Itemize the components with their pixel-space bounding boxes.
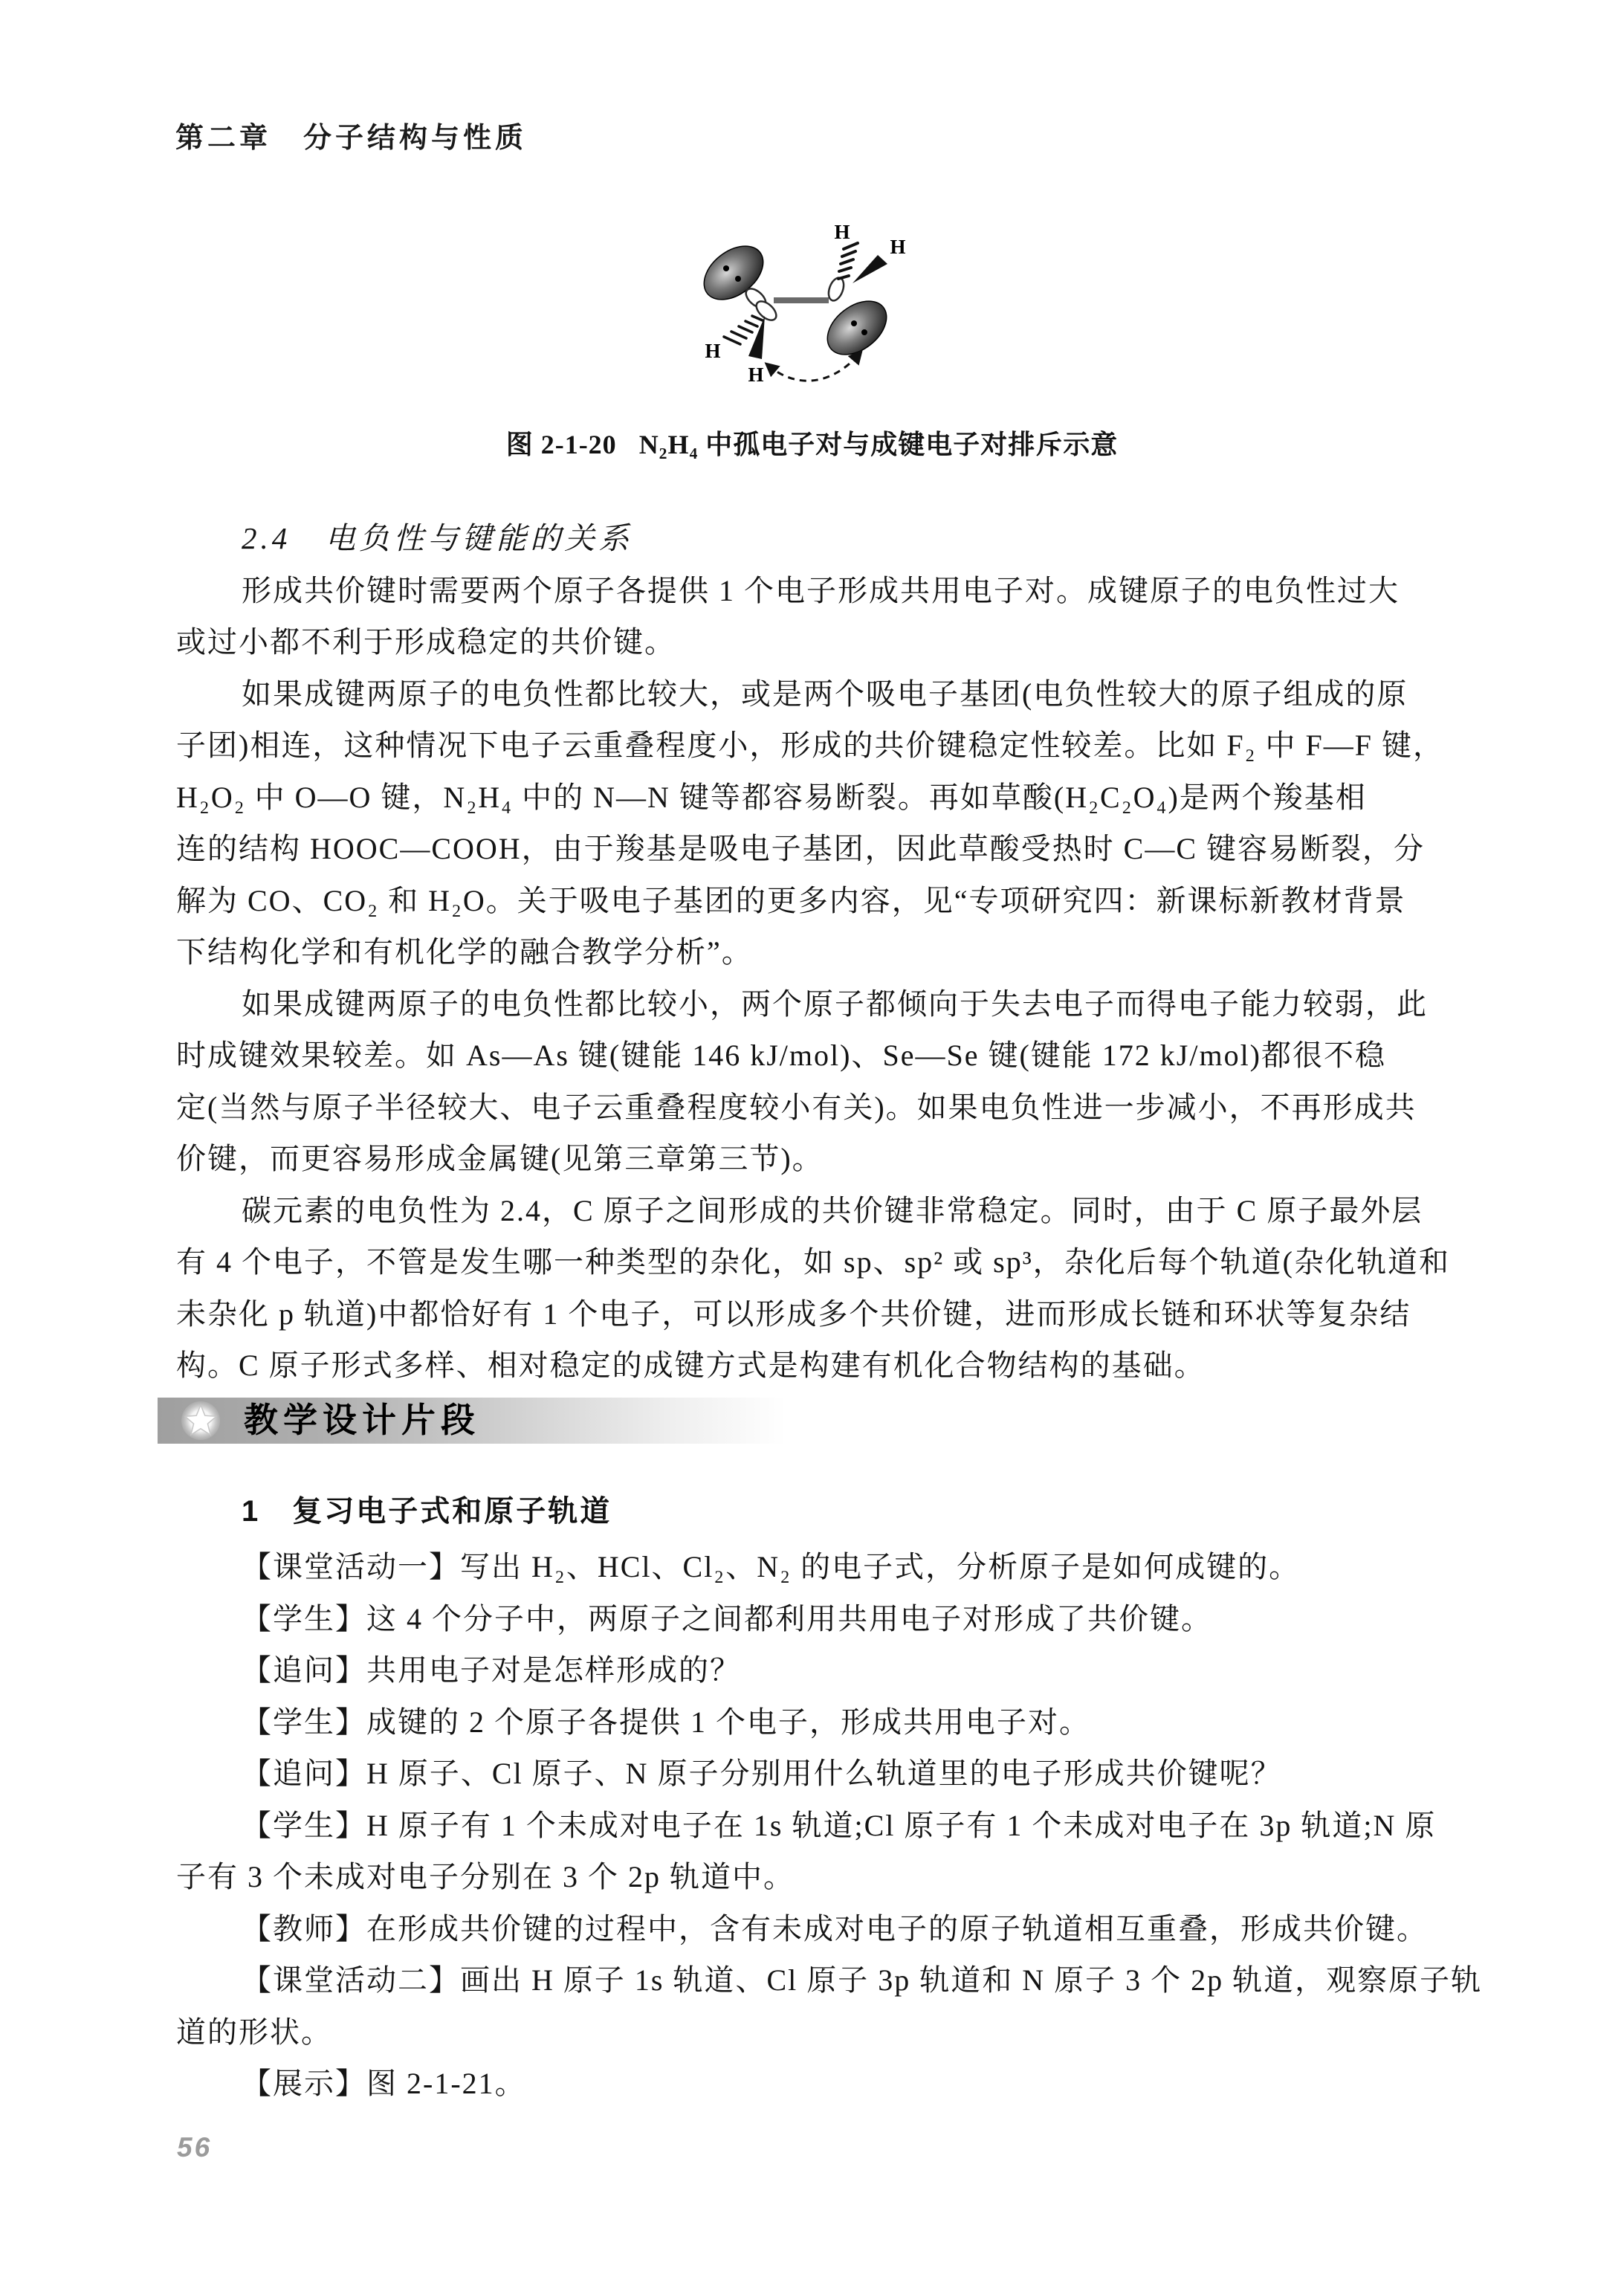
text-line: 形成共价键时需要两个原子各提供 1 个电子形成共用电子对。成键原子的电负性过大 bbox=[176, 565, 1499, 617]
right-dashed-wedge bbox=[838, 243, 858, 279]
text-line: H₂O₂ 中 O—O 键，N₂H₄ 中的 N—N 键等都容易断裂。再如草酸(H₂… bbox=[176, 772, 1499, 824]
teaching-heading: 1 复习电子式和原子轨道 bbox=[242, 1488, 612, 1530]
text-line: 【课堂活动二】画出 H 原子 1s 轨道、Cl 原子 3p 轨道和 N 原子 3… bbox=[176, 1954, 1499, 2006]
h-atom-label: H bbox=[890, 236, 905, 258]
figure-caption-text: N₂H₄ 中孤电子对与成键电子对排斥示意 bbox=[639, 430, 1119, 459]
repulsion-arrow bbox=[768, 353, 860, 381]
text-line: 【课堂活动一】写出 H₂、HCl、Cl₂、N₂ 的电子式，分析原子是如何成键的。 bbox=[176, 1541, 1499, 1593]
molecule-diagram: H H H H bbox=[680, 214, 936, 401]
text-line: 有 4 个电子，不管是发生哪一种类型的杂化，如 sp、sp² 或 sp³，杂化后… bbox=[176, 1236, 1499, 1288]
figure-caption: 图 2-1-20N₂H₄ 中孤电子对与成键电子对排斥示意 bbox=[0, 424, 1624, 462]
body-text-block: 2.4 电负性与键能的关系形成共价键时需要两个原子各提供 1 个电子形成共用电子… bbox=[176, 513, 1499, 1392]
text-line: 【展示】图 2-1-21。 bbox=[176, 2058, 1499, 2110]
text-line: 价键，而更容易形成金属键(见第三章第三节)。 bbox=[176, 1133, 1499, 1185]
star-icon bbox=[177, 1398, 224, 1443]
text-line: 子团)相连，这种情况下电子云重叠程度小，形成的共价键稳定性较差。比如 F₂ 中 … bbox=[176, 720, 1499, 772]
h-atom-label: H bbox=[705, 340, 720, 362]
h-atom-label: H bbox=[748, 364, 763, 386]
banner-title: 教学设计片段 bbox=[244, 1398, 480, 1444]
text-line: 如果成键两原子的电负性都比较小，两个原子都倾向于失去电子而得电子能力较弱，此 bbox=[176, 978, 1499, 1030]
section-banner: 教学设计片段 bbox=[158, 1398, 786, 1444]
text-line: 如果成键两原子的电负性都比较大，或是两个吸电子基团(电负性较大的原子组成的原 bbox=[176, 668, 1499, 720]
text-line: 【教师】在形成共价键的过程中，含有未成对电子的原子轨道相互重叠，形成共价键。 bbox=[176, 1903, 1499, 1955]
text-line: 时成键效果较差。如 As—As 键(键能 146 kJ/mol)、Se—Se 键… bbox=[176, 1030, 1499, 1082]
section-heading-line: 2.4 电负性与键能的关系 bbox=[176, 513, 1499, 565]
star-badge bbox=[177, 1398, 224, 1447]
text-line: 碳元素的电负性为 2.4，C 原子之间形成的共价键非常稳定。同时，由于 C 原子… bbox=[176, 1185, 1499, 1237]
right-lone-pair-lobe bbox=[818, 290, 897, 365]
text-line: 【学生】这 4 个分子中，两原子之间都利用共用电子对形成了共价键。 bbox=[176, 1593, 1499, 1645]
figure-n2h4: H H H H bbox=[680, 214, 936, 401]
text-line: 下结构化学和有机化学的融合教学分析”。 bbox=[176, 926, 1499, 978]
dialogue-block: 【课堂活动一】写出 H₂、HCl、Cl₂、N₂ 的电子式，分析原子是如何成键的。… bbox=[176, 1541, 1499, 2110]
text-line: 解为 CO、CO₂ 和 H₂O。关于吸电子基团的更多内容，见“专项研究四：新课标… bbox=[176, 875, 1499, 927]
text-line: 【追问】H 原子、Cl 原子、N 原子分别用什么轨道里的电子形成共价键呢？ bbox=[176, 1748, 1499, 1800]
left-bonding-loops bbox=[743, 285, 780, 324]
book-page: 第二章 分子结构与性质 bbox=[0, 0, 1624, 2283]
text-line: 或过小都不利于形成稳定的共价键。 bbox=[176, 616, 1499, 668]
right-solid-wedge bbox=[853, 255, 887, 283]
chapter-header: 第二章 分子结构与性质 bbox=[175, 114, 527, 155]
text-line: 未杂化 p 轨道)中都恰好有 1 个电子，可以形成多个共价键，进而形成长链和环状… bbox=[176, 1288, 1499, 1340]
text-line: 【学生】H 原子有 1 个未成对电子在 1s 轨道;Cl 原子有 1 个未成对电… bbox=[176, 1800, 1499, 1852]
text-line: 连的结构 HOOC—COOH，由于羧基是吸电子基团，因此草酸受热时 C—C 键容… bbox=[176, 823, 1499, 875]
text-line: 道的形状。 bbox=[176, 2006, 1499, 2058]
text-line: 构。C 原子形式多样、相对稳定的成键方式是构建有机化合物结构的基础。 bbox=[176, 1340, 1499, 1392]
figure-caption-label: 图 2-1-20 bbox=[506, 430, 617, 459]
text-line: 子有 3 个未成对电子分别在 3 个 2p 轨道中。 bbox=[176, 1851, 1499, 1903]
n-n-bond bbox=[774, 297, 829, 303]
text-line: 【学生】成键的 2 个原子各提供 1 个电子，形成共用电子对。 bbox=[176, 1696, 1499, 1748]
right-bonding-loop bbox=[826, 276, 847, 303]
text-line: 【追问】共用电子对是怎样形成的？ bbox=[176, 1644, 1499, 1696]
page-number: 56 bbox=[177, 2132, 212, 2163]
text-line: 定(当然与原子半径较大、电子云重叠程度较小有关)。如果电负性进一步减小，不再形成… bbox=[176, 1082, 1499, 1134]
h-atom-label: H bbox=[834, 221, 850, 243]
